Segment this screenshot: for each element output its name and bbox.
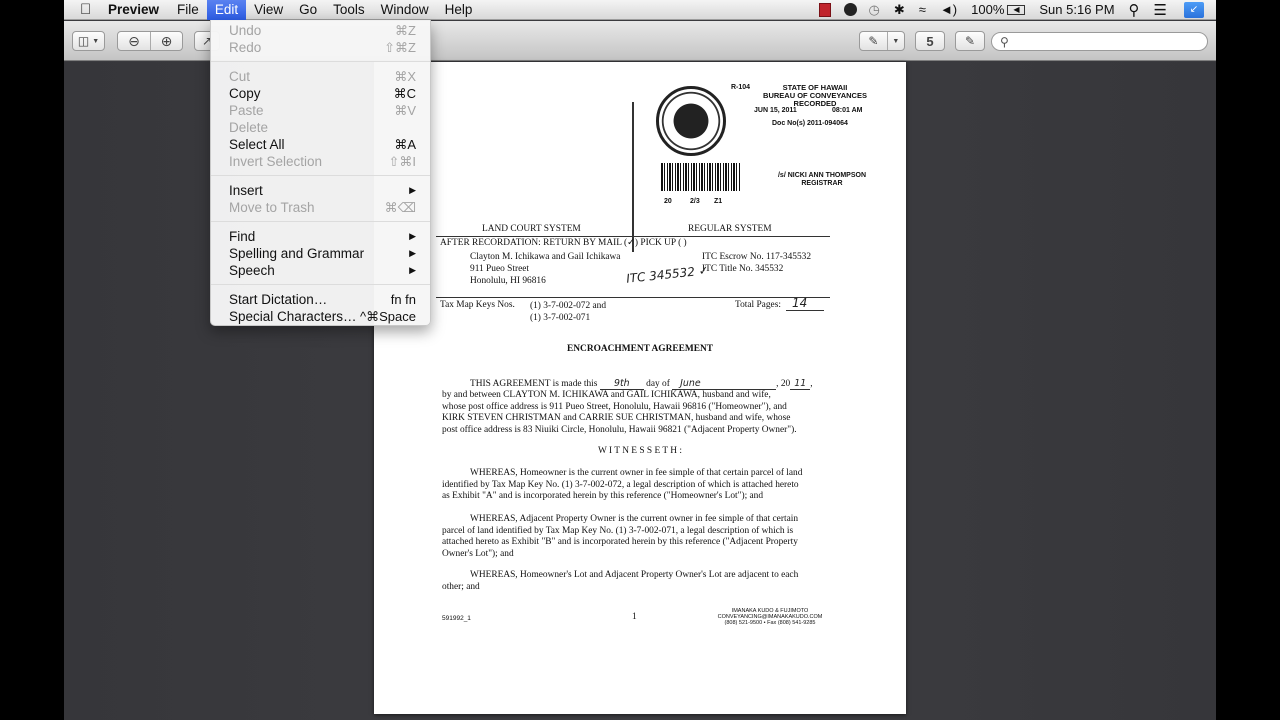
- menu-file[interactable]: File: [169, 0, 207, 20]
- menu-item-label: Special Characters…: [229, 308, 357, 325]
- menu-item-shortcut: ⇧⌘Z: [384, 39, 416, 56]
- after-recordation: AFTER RECORDATION: RETURN BY MAIL (✓) PI…: [440, 237, 687, 248]
- barcode-image: [661, 163, 741, 191]
- edit-toolbar-icon: ✎: [965, 34, 975, 48]
- menu-item-label: Undo: [229, 22, 261, 39]
- annotate-dropdown[interactable]: ▼: [888, 32, 904, 50]
- menu-separator: [211, 284, 430, 285]
- zoom-out-icon: ⊖: [128, 33, 140, 50]
- annotate-button[interactable]: ✎ ▼: [859, 31, 905, 51]
- spotlight-icon[interactable]: ⚲: [1122, 0, 1147, 20]
- screen-recording-icon[interactable]: [819, 3, 831, 17]
- footer-page-number: 1: [632, 612, 637, 622]
- menu-item-special-characters[interactable]: Special Characters…^⌘Space: [211, 308, 430, 325]
- status-app-icon[interactable]: [844, 3, 857, 16]
- menu-item-label: Copy: [229, 85, 261, 102]
- menu-item-cut: Cut⌘X: [211, 68, 430, 85]
- intro-paragraph: by and between CLAYTON M. ICHIKAWA and G…: [442, 390, 797, 436]
- menu-item-shortcut: ⌘V: [394, 102, 416, 119]
- menu-item-label: Insert: [229, 182, 263, 199]
- search-icon: ⚲: [1000, 35, 1009, 49]
- menu-item-delete: Delete: [211, 119, 430, 136]
- tax-map-keys: (1) 3-7-002-072 and (1) 3-7-002-071: [530, 300, 606, 324]
- fullscreen-exit-icon[interactable]: ↙: [1184, 2, 1204, 18]
- whereas-1: WHEREAS, Homeowner is the current owner …: [442, 468, 802, 503]
- menu-edit[interactable]: Edit: [207, 0, 246, 20]
- menu-item-speech[interactable]: Speech▶: [211, 262, 430, 279]
- submenu-arrow-icon: ▶: [409, 245, 416, 262]
- menu-item-shortcut: fn fn: [391, 291, 416, 308]
- menu-item-spelling-and-grammar[interactable]: Spelling and Grammar▶: [211, 245, 430, 262]
- zoom-in-icon: ⊕: [161, 33, 173, 50]
- stamp-code-1: 20: [664, 198, 672, 205]
- menu-item-shortcut: ⌘⌫: [385, 199, 416, 216]
- volume-icon[interactable]: ◄): [933, 0, 964, 20]
- menu-item-shortcut: ⌘Z: [395, 22, 416, 39]
- battery-status[interactable]: 100% ◀: [964, 0, 1032, 20]
- annotate-segment[interactable]: ✎: [860, 32, 887, 50]
- menu-item-label: Find: [229, 228, 255, 245]
- clock[interactable]: Sun 5:16 PM: [1032, 0, 1121, 20]
- search-input[interactable]: [1013, 35, 1207, 49]
- menu-item-paste: Paste⌘V: [211, 102, 430, 119]
- menu-item-shortcut: ⌘C: [394, 85, 416, 102]
- edit-toolbar-button[interactable]: ✎: [955, 31, 985, 51]
- battery-icon: ◀: [1007, 5, 1025, 15]
- document-page: R-104 STATE OF HAWAII BUREAU OF CONVEYAN…: [374, 62, 906, 714]
- menu-item-shortcut: ⌘X: [394, 68, 416, 85]
- menu-item-label: Paste: [229, 102, 264, 119]
- menu-separator: [211, 61, 430, 62]
- menu-item-find[interactable]: Find▶: [211, 228, 430, 245]
- rotate-icon: 5: [926, 34, 933, 49]
- total-pages-label: Total Pages:: [735, 300, 781, 310]
- zoom-group: ⊖ ⊕: [117, 31, 183, 51]
- sidebar-icon: ◫: [78, 34, 89, 48]
- stamp-time: 08:01 AM: [832, 107, 862, 114]
- view-menu-button[interactable]: ◫ ▼: [72, 31, 105, 51]
- chevron-down-icon: ▼: [892, 38, 899, 45]
- battery-percent: 100%: [971, 2, 1004, 17]
- menu-item-label: Start Dictation…: [229, 291, 327, 308]
- land-court-label: LAND COURT SYSTEM: [482, 224, 581, 234]
- stamp-form: R-104: [731, 84, 750, 91]
- menu-item-select-all[interactable]: Select All⌘A: [211, 136, 430, 153]
- document-title: ENCROACHMENT AGREEMENT: [374, 344, 906, 354]
- zoom-in-button[interactable]: ⊕: [151, 32, 182, 50]
- submenu-arrow-icon: ▶: [409, 262, 416, 279]
- menu-item-label: Speech: [229, 262, 275, 279]
- wifi-icon[interactable]: ≈: [912, 0, 933, 20]
- menu-item-undo: Undo⌘Z: [211, 22, 430, 39]
- menu-window[interactable]: Window: [373, 0, 437, 20]
- bluetooth-icon[interactable]: ✱: [887, 0, 912, 20]
- whereas-3: WHEREAS, Homeowner's Lot and Adjacent Pr…: [442, 570, 798, 593]
- handwritten-itc: ITC 345532 ✓: [626, 260, 737, 285]
- menu-item-redo: Redo⇧⌘Z: [211, 39, 430, 56]
- search-field[interactable]: ⚲: [991, 32, 1208, 51]
- whereas-2: WHEREAS, Adjacent Property Owner is the …: [442, 514, 798, 560]
- submenu-arrow-icon: ▶: [409, 228, 416, 245]
- menu-item-copy[interactable]: Copy⌘C: [211, 85, 430, 102]
- footer-doc-id: 591992_1: [442, 615, 471, 622]
- menu-item-label: Spelling and Grammar: [229, 245, 364, 262]
- pen-icon: ✎: [868, 34, 878, 48]
- submenu-arrow-icon: ▶: [409, 182, 416, 199]
- menu-item-invert-selection: Invert Selection⇧⌘I: [211, 153, 430, 170]
- menu-item-insert[interactable]: Insert▶: [211, 182, 430, 199]
- return-address: Clayton M. Ichikawa and Gail Ichikawa 91…: [470, 251, 620, 287]
- menu-separator: [211, 175, 430, 176]
- time-machine-icon[interactable]: ◷: [862, 0, 887, 20]
- intro-line-1: THIS AGREEMENT is made this 9th day of J…: [470, 378, 813, 390]
- regular-system-label: REGULAR SYSTEM: [688, 224, 772, 234]
- state-seal-image: [656, 86, 726, 156]
- menu-go[interactable]: Go: [291, 0, 325, 20]
- stamp-date: JUN 15, 2011: [754, 107, 797, 114]
- menu-item-start-dictation[interactable]: Start Dictation…fn fn: [211, 291, 430, 308]
- zoom-out-button[interactable]: ⊖: [118, 32, 150, 50]
- menu-tools[interactable]: Tools: [325, 0, 373, 20]
- menu-item-label: Redo: [229, 39, 261, 56]
- witnesseth-heading: W I T N E S S E T H :: [374, 446, 906, 456]
- notification-center-icon[interactable]: ☰: [1147, 0, 1174, 20]
- menu-help[interactable]: Help: [437, 0, 481, 20]
- stamp-doc-no: Doc No(s) 2011-094064: [772, 120, 848, 127]
- menu-item-label: Cut: [229, 68, 250, 85]
- edit-menu-dropdown: Undo⌘ZRedo⇧⌘ZCut⌘XCopy⌘CPaste⌘VDeleteSel…: [210, 20, 431, 326]
- menu-item-move-to-trash: Move to Trash⌘⌫: [211, 199, 430, 216]
- stamp-header: STATE OF HAWAII BUREAU OF CONVEYANCES RE…: [760, 84, 870, 108]
- menu-item-shortcut: ^⌘Space: [360, 308, 416, 325]
- menu-item-label: Move to Trash: [229, 199, 315, 216]
- menu-item-shortcut: ⇧⌘I: [388, 153, 416, 170]
- stamp-code-3: Z1: [714, 198, 722, 205]
- menu-item-shortcut: ⌘A: [394, 136, 416, 153]
- chevron-down-icon: ▼: [92, 38, 99, 45]
- stamp-registrar: /s/ NICKI ANN THOMPSON REGISTRAR: [767, 172, 877, 188]
- tax-map-label: Tax Map Keys Nos.: [440, 300, 515, 310]
- stamp-code-2: 2/3: [690, 198, 700, 205]
- rotate-button[interactable]: 5: [915, 31, 945, 51]
- menu-bar:  Preview File Edit View Go Tools Window…: [64, 0, 1216, 20]
- footer-firm: IMANAKA KUDO & FUJIMOTO CONVEYANCING@IMA…: [710, 608, 830, 626]
- menu-item-label: Invert Selection: [229, 153, 322, 170]
- screen:  Preview File Edit View Go Tools Window…: [64, 0, 1216, 720]
- menu-separator: [211, 221, 430, 222]
- app-menu-preview[interactable]: Preview: [94, 0, 169, 20]
- apple-menu-icon[interactable]: : [64, 0, 94, 20]
- divider-line: [632, 102, 634, 252]
- menu-view[interactable]: View: [246, 0, 291, 20]
- menu-item-label: Select All: [229, 136, 285, 153]
- total-pages-value: 14: [786, 296, 824, 311]
- menu-item-label: Delete: [229, 119, 268, 136]
